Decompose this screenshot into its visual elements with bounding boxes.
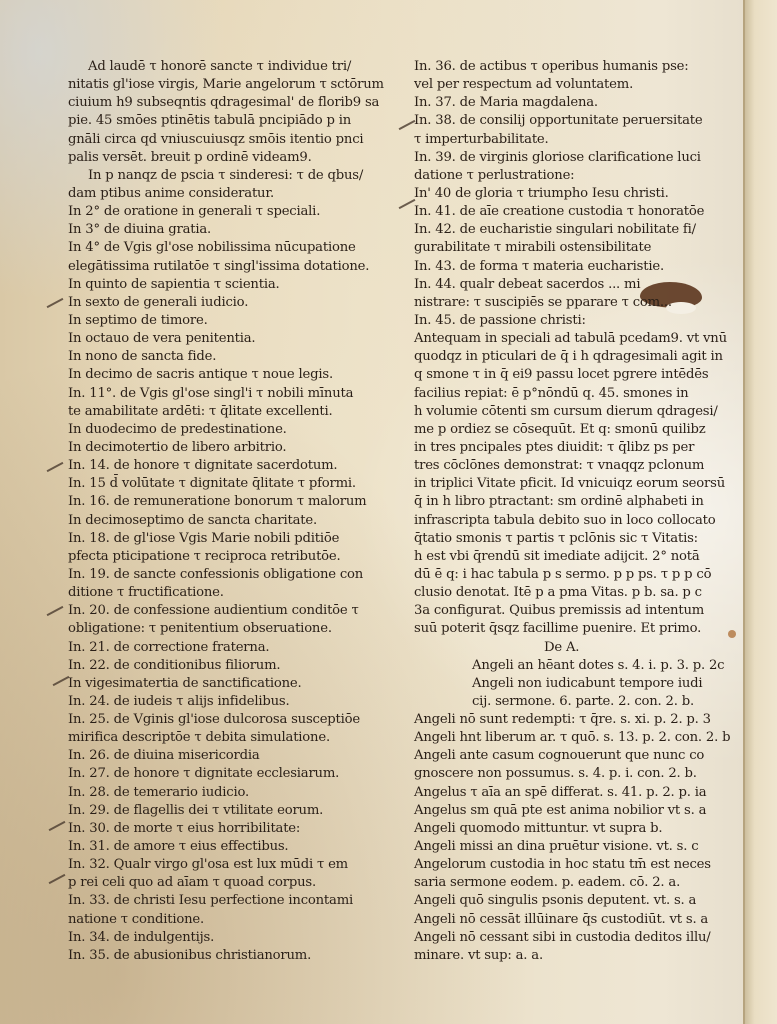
text-line: elegātissima rutilatōe τ singl'issima do…	[68, 258, 398, 276]
text-line: q̄ in h libro ptractant: sm ordinē alpha…	[414, 493, 734, 511]
text-line: τ imperturbabilitate.	[414, 131, 734, 149]
text-line: In. 37. de Maria magdalena.	[414, 94, 734, 112]
text-line: in tres pncipales ptes diuidit: τ q̄libz…	[414, 439, 734, 457]
text-line: In. 27. de honore τ dignitate ecclesiaru…	[68, 765, 398, 783]
text-line: In. 19. de sancte confessionis obligatio…	[68, 566, 398, 584]
text-line: De A.	[414, 639, 734, 657]
text-line: In p nanqz de pscia τ sinderesi: τ de qb…	[68, 167, 398, 185]
text-line: h est vbi q̄rendū sit imediate adijcit. …	[414, 548, 734, 566]
text-line: tres cōclōnes demonstrat: τ vnaqqz pclon…	[414, 457, 734, 475]
text-line: In duodecimo de predestinatione.	[68, 421, 398, 439]
text-line: dū ē q: i hac tabula p s sermo. p p ps. …	[414, 566, 734, 584]
text-line: In. 38. de consilij opportunitate peruer…	[414, 112, 734, 130]
text-line: In. 29. de flagellis dei τ vtilitate eor…	[68, 802, 398, 820]
text-line: In. 14. de honore τ dignitate sacerdotum…	[68, 457, 398, 475]
adjacent-page-edge	[743, 0, 777, 1024]
text-line: gnoscere non possumus. s. 4. p. i. con. …	[414, 765, 734, 783]
text-line: pie. 45 smōes ptinētis tabulā pncipiādo …	[68, 112, 398, 130]
text-line: In. 34. de indulgentijs.	[68, 929, 398, 947]
text-line: In decimotertio de libero arbitrio.	[68, 439, 398, 457]
text-line: In. 36. de actibus τ operibus humanis ps…	[414, 58, 734, 76]
margin-mark	[49, 874, 66, 884]
text-line: Antequam in speciali ad tabulā pcedam9. …	[414, 330, 734, 348]
text-line: In octauo de vera penitentia.	[68, 330, 398, 348]
text-line: suū poterit q̄sqz facillime puenire. Et …	[414, 620, 734, 638]
text-line: In decimoseptimo de sancta charitate.	[68, 512, 398, 530]
text-line: In decimo de sacris antique τ noue legis…	[68, 366, 398, 384]
text-line: h volumie cōtenti sm cursum dierum qdrag…	[414, 403, 734, 421]
text-line: Angeli nō cessant sibi in custodia dedit…	[414, 929, 734, 947]
text-line: ditione τ fructificatione.	[68, 584, 398, 602]
text-line: In. 22. de conditionibus filiorum.	[68, 657, 398, 675]
text-line: In. 43. de forma τ materia eucharistie.	[414, 258, 734, 276]
text-line: Angelorum custodia in hoc statu tm̄ est …	[414, 856, 734, 874]
text-line: Angeli nō cessāt illūinare q̄s custodiūt…	[414, 911, 734, 929]
text-line: Angeli non iudicabunt tempore iudi	[414, 675, 734, 693]
text-line: vel per respectum ad voluntatem.	[414, 76, 734, 94]
text-line: q̄tatio smonis τ partis τ pclōnis sic τ …	[414, 530, 734, 548]
text-line: Angeli an hēant dotes s. 4. i. p. 3. p. …	[414, 657, 734, 675]
text-line: In septimo de timore.	[68, 312, 398, 330]
margin-mark	[49, 821, 66, 831]
text-line: In. 11°. de Vgis gl'ose singl'i τ nobili…	[68, 385, 398, 403]
text-line: Angeli ante casum cognouerunt que nunc c…	[414, 747, 734, 765]
text-line: In. 16. de remuneratione bonorum τ malor…	[68, 493, 398, 511]
margin-mark	[47, 462, 64, 472]
text-line: obligatione: τ penitentium obseruatione.	[68, 620, 398, 638]
text-line: te amabilitate ardēti: τ q̄litate excell…	[68, 403, 398, 421]
text-line: Angelus sm quā pte est anima nobilior vt…	[414, 802, 734, 820]
text-line: mirifica descriptōe τ debita simulatione…	[68, 729, 398, 747]
text-line: me p ordiez se cōsequūt. Et q: smonū qui…	[414, 421, 734, 439]
text-line: facilius repiat: ē p°nōndū q. 45. smones…	[414, 385, 734, 403]
text-line: Angeli nō sunt redempti: τ q̄re. s. xi. …	[414, 711, 734, 729]
text-line: In. 30. de morte τ eius horribilitate:	[68, 820, 398, 838]
margin-mark	[53, 676, 70, 686]
text-line: datione τ perlustratione:	[414, 167, 734, 185]
text-line: In' 40 de gloria τ triumpho Iesu christi…	[414, 185, 734, 203]
text-line: In. 24. de iudeis τ alijs infidelibus.	[68, 693, 398, 711]
text-line: In. 31. de amore τ eius effectibus.	[68, 838, 398, 856]
text-line: In. 39. de virginis gloriose clarificati…	[414, 149, 734, 167]
text-line: In. 15 d̄ volūtate τ dignitate q̄litate …	[68, 475, 398, 493]
text-line: In vigesimatertia de sanctificatione.	[68, 675, 398, 693]
text-line: quodqz in pticulari de q̄ i h qdragesima…	[414, 348, 734, 366]
text-line: gurabilitate τ mirabili ostensibilitate	[414, 239, 734, 257]
text-line: Angelus τ aīa an spē differat. s. 41. p.…	[414, 784, 734, 802]
text-line: clusio denotat. Itē p a pma Vitas. p b. …	[414, 584, 734, 602]
text-line: In quinto de sapientia τ scientia.	[68, 276, 398, 294]
text-line: saria sermone eodem. p. eadem. cō. 2. a.	[414, 874, 734, 892]
text-line: 3a configurat. Quibus premissis ad inten…	[414, 602, 734, 620]
text-line: natione τ conditione.	[68, 911, 398, 929]
left-column-text: Ad laudē τ honorē sancte τ individue tri…	[68, 58, 398, 965]
manuscript-page: Ad laudē τ honorē sancte τ individue tri…	[0, 0, 777, 1024]
text-line: p rei celi quo ad aīam τ quoad corpus.	[68, 874, 398, 892]
text-line: In. 42. de eucharistie singulari nobilit…	[414, 221, 734, 239]
text-line: Angeli hnt liberum ar. τ quō. s. 13. p. …	[414, 729, 734, 747]
text-line: In. 28. de temerario iudicio.	[68, 784, 398, 802]
margin-mark	[47, 298, 64, 308]
margin-mark	[399, 199, 416, 209]
text-line: in triplici Vitate pficit. Id vnicuiqz e…	[414, 475, 734, 493]
right-column-text: In. 36. de actibus τ operibus humanis ps…	[414, 58, 734, 965]
margin-mark	[399, 120, 416, 130]
text-line: In. 33. de christi Iesu perfectione inco…	[68, 892, 398, 910]
text-line: In sexto de generali iudicio.	[68, 294, 398, 312]
text-line: dam ptibus anime consideratur.	[68, 185, 398, 203]
text-line: In 2° de oratione in generali τ speciali…	[68, 203, 398, 221]
text-line: ciuium h9 subseqntis qdragesimal' de flo…	[68, 94, 398, 112]
text-line: In. 44. qualr debeat sacerdos ... mi	[414, 276, 734, 294]
text-line: palis versēt. breuit p ordinē videam9.	[68, 149, 398, 167]
text-line: Angeli missi an dina pruētur visione. vt…	[414, 838, 734, 856]
text-line: Angeli quomodo mittuntur. vt supra b.	[414, 820, 734, 838]
text-line: In nono de sancta fide.	[68, 348, 398, 366]
text-line: infrascripta tabula debito suo in loco c…	[414, 512, 734, 530]
text-line: In. 41. de aīe creatione custodia τ hono…	[414, 203, 734, 221]
text-line: Angeli quō singulis psonis deputent. vt.…	[414, 892, 734, 910]
margin-mark	[47, 606, 64, 616]
text-line: In. 21. de correctione fraterna.	[68, 639, 398, 657]
text-line: In. 26. de diuina misericordia	[68, 747, 398, 765]
text-line: gnāli circa qd vniuscuiusqz smōis itenti…	[68, 131, 398, 149]
text-line: minare. vt sup: a. a.	[414, 947, 734, 965]
text-line: In. 18. de gl'iose Vgis Marie nobili pdi…	[68, 530, 398, 548]
text-line: Ad laudē τ honorē sancte τ individue tri…	[68, 58, 398, 76]
text-line: In 3° de diuina gratia.	[68, 221, 398, 239]
text-line: nitatis gl'iose virgis, Marie angelorum …	[68, 76, 398, 94]
text-line: cij. sermone. 6. parte. 2. con. 2. b.	[414, 693, 734, 711]
text-line: In. 35. de abusionibus christianorum.	[68, 947, 398, 965]
text-line: In. 45. de passione christi:	[414, 312, 734, 330]
text-line: pfecta pticipatione τ reciproca retribut…	[68, 548, 398, 566]
text-line: q smone τ in q̄ ei9 passu locet pgrere i…	[414, 366, 734, 384]
text-line: nistrare: τ suscipiēs se pparare τ com..…	[414, 294, 734, 312]
text-line: In. 32. Qualr virgo gl'osa est lux mūdi …	[68, 856, 398, 874]
text-line: In 4° de Vgis gl'ose nobilissima nūcupat…	[68, 239, 398, 257]
text-line: In. 20. de confessione audientium condit…	[68, 602, 398, 620]
text-line: In. 25. de Vginis gl'iose dulcorosa susc…	[68, 711, 398, 729]
